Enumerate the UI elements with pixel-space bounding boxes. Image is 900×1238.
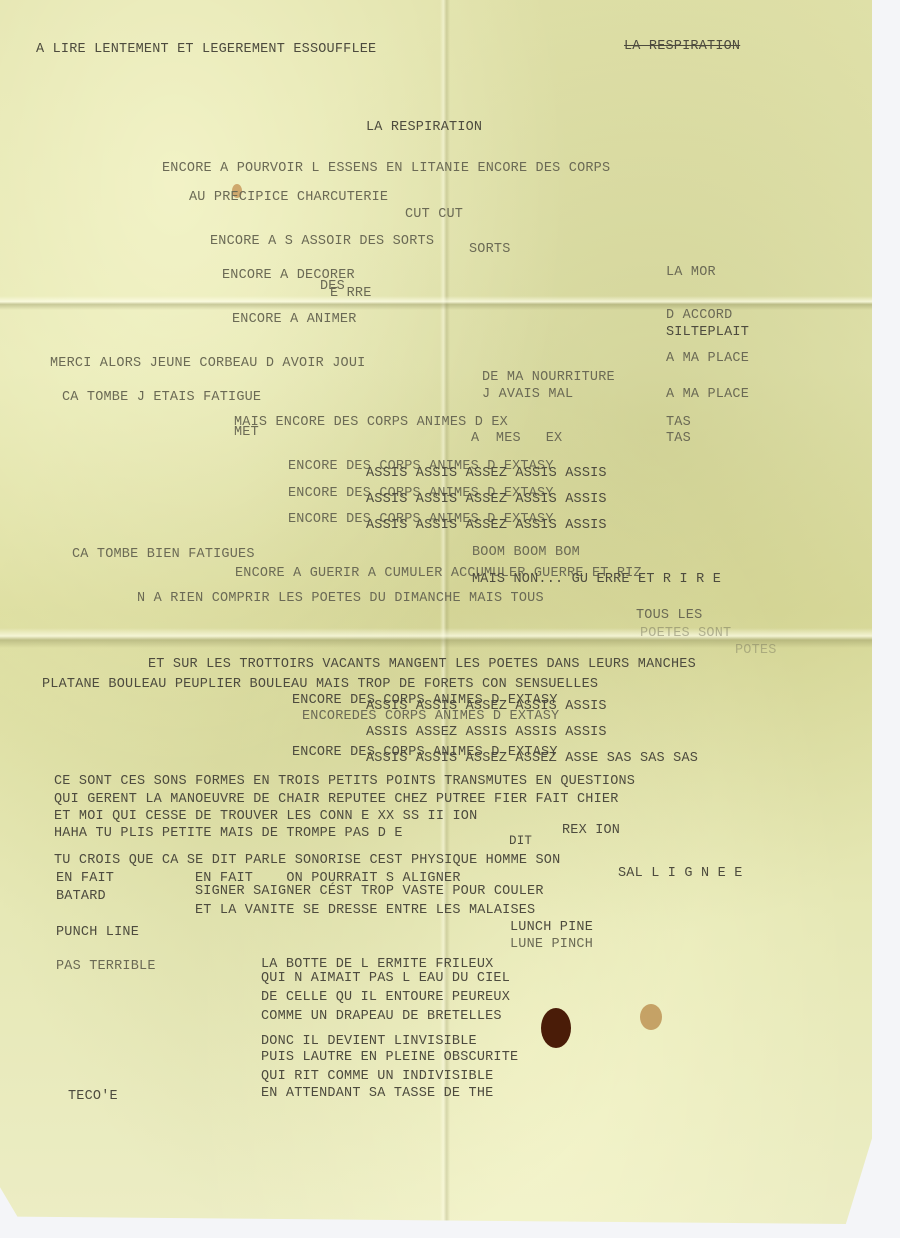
poem-line: D ACCORD <box>666 309 732 323</box>
poem-line: MET <box>234 426 259 440</box>
poem-line: TOUS LES <box>636 609 702 623</box>
typewritten-page: A LIRE LENTEMENT ET LEGEREMENT ESSOUFFLE… <box>0 0 872 1224</box>
poem-line: ENCORE A S ASSOIR DES SORTS <box>210 235 434 249</box>
poem-line: LUNCH PINE <box>510 921 593 935</box>
poem-line: ENCORE A ANIMER <box>232 313 357 327</box>
poem-line: PLATANE BOULEAU PEUPLIER BOULEAU MAIS TR… <box>42 678 598 692</box>
poem-line: EN ATTENDANT SA TASSE DE THE <box>261 1087 493 1101</box>
poem-line: QUI GERENT LA MANOEUVRE DE CHAIR REPUTEE… <box>54 793 619 807</box>
poem-line: TAS <box>666 416 691 430</box>
poem-line: BATARD <box>56 890 106 904</box>
poem-line: LA MOR <box>666 266 716 280</box>
poem-line: CE SONT CES SONS FORMES EN TROIS PETITS … <box>54 775 635 789</box>
poem-line: DE MA NOURRITURE <box>482 371 615 385</box>
poem-line: HAHA TU PLIS PETITE MAIS DE TROMPE PAS D… <box>54 827 403 841</box>
poem-line: SORTS <box>469 243 511 257</box>
poem-line: PUNCH LINE <box>56 926 139 940</box>
poem-line: COMME UN DRAPEAU DE BRETELLES <box>261 1010 502 1024</box>
poem-line: TAS <box>666 432 691 446</box>
poem-title: LA RESPIRATION <box>366 121 482 135</box>
poem-line: MAIS NON... GU ERRE ET R I R E <box>472 573 721 587</box>
poem-line: TU CROIS QUE CA SE DIT PARLE SONORISE CE… <box>54 854 560 868</box>
tea-stain <box>640 1004 662 1030</box>
poem-line: PUIS LAUTRE EN PLEINE OBSCURITE <box>261 1051 518 1065</box>
header-instruction: A LIRE LENTEMENT ET LEGEREMENT ESSOUFFLE… <box>36 43 376 57</box>
poem-line: PAS TERRIBLE <box>56 960 156 974</box>
poem-line: SILTEPLAIT <box>666 326 749 340</box>
poem-line: ET SUR LES TROTTOIRS VACANTS MANGENT LES… <box>148 658 696 672</box>
poem-line: CUT CUT <box>405 208 463 222</box>
poem-line: ASSIS ASSEZ ASSIS ASSIS ASSIS <box>366 726 607 740</box>
poem-line: LUNE PINCH <box>510 938 593 952</box>
poem-line: SAL L I G N E E <box>618 867 743 881</box>
poem-line: CA TOMBE BIEN FATIGUES <box>72 548 255 562</box>
horizontal-fold <box>0 296 872 310</box>
signature: TECO'E <box>68 1090 118 1104</box>
poem-line: ENCOREDES CORPS ANIMES D EXTASY <box>302 710 559 724</box>
poem-line: REX ION <box>562 824 620 838</box>
poem-line: DONC IL DEVIENT LINVISIBLE <box>261 1035 477 1049</box>
poem-line: QUI N AIMAIT PAS L EAU DU CIEL <box>261 972 510 986</box>
poem-line: ENCORE A POURVOIR L ESSENS EN LITANIE EN… <box>162 162 610 176</box>
poem-line: A MA PLACE <box>666 352 749 366</box>
poem-line: EN FAIT <box>56 872 114 886</box>
poem-line: CA TOMBE J ETAIS FATIGUE <box>62 391 261 405</box>
poem-line: MERCI ALORS JEUNE CORBEAU D AVOIR JOUI <box>50 357 365 371</box>
poem-line: ET LA VANITE SE DRESSE ENTRE LES MALAISE… <box>195 904 535 918</box>
ink-stain <box>541 1008 571 1048</box>
poem-line: ASSIS ASSIS ASSEZ ASSIS ASSIS <box>366 467 607 481</box>
poem-line: J AVAIS MAL <box>482 388 573 402</box>
poem-line: MAIS ENCORE DES CORPS ANIMES D EX <box>234 416 508 430</box>
poem-line: LA BOTTE DE L ERMITE FRILEUX <box>261 958 493 972</box>
poem-line: N A RIEN COMPRIR LES POETES DU DIMANCHE … <box>137 592 544 606</box>
poem-line: SIGNER SAIGNER CÉST TROP VASTE POUR COUL… <box>195 885 544 899</box>
poem-line: QUI RIT COMME UN INDIVISIBLE <box>261 1070 493 1084</box>
poem-line: BOOM BOOM BOM <box>472 546 580 560</box>
poem-line: ASSIS ASSIS ASSEZ ASSIS ASSIS <box>366 493 607 507</box>
poem-line: E RRE <box>330 287 372 301</box>
poem-line: ET MOI QUI CESSE DE TROUVER LES CONN E X… <box>54 810 477 824</box>
poem-line: ASSIS ASSIS ASSEZ ASSEZ ASSE SAS SAS SAS <box>366 752 698 766</box>
poem-line: DE CELLE QU IL ENTOURE PEUREUX <box>261 991 510 1005</box>
poem-line: AU PRECIPICE CHARCUTERIE <box>189 191 388 205</box>
poem-line: ASSIS ASSIS ASSEZ ASSIS ASSIS <box>366 519 607 533</box>
poem-line: POTES <box>735 644 777 658</box>
poem-line: A MES EX <box>471 432 562 446</box>
poem-line: DIT <box>509 835 532 848</box>
poem-line: A MA PLACE <box>666 388 749 402</box>
header-title-struck: LA RESPIRATION <box>624 40 740 54</box>
poem-line: POETES SONT <box>640 627 731 641</box>
